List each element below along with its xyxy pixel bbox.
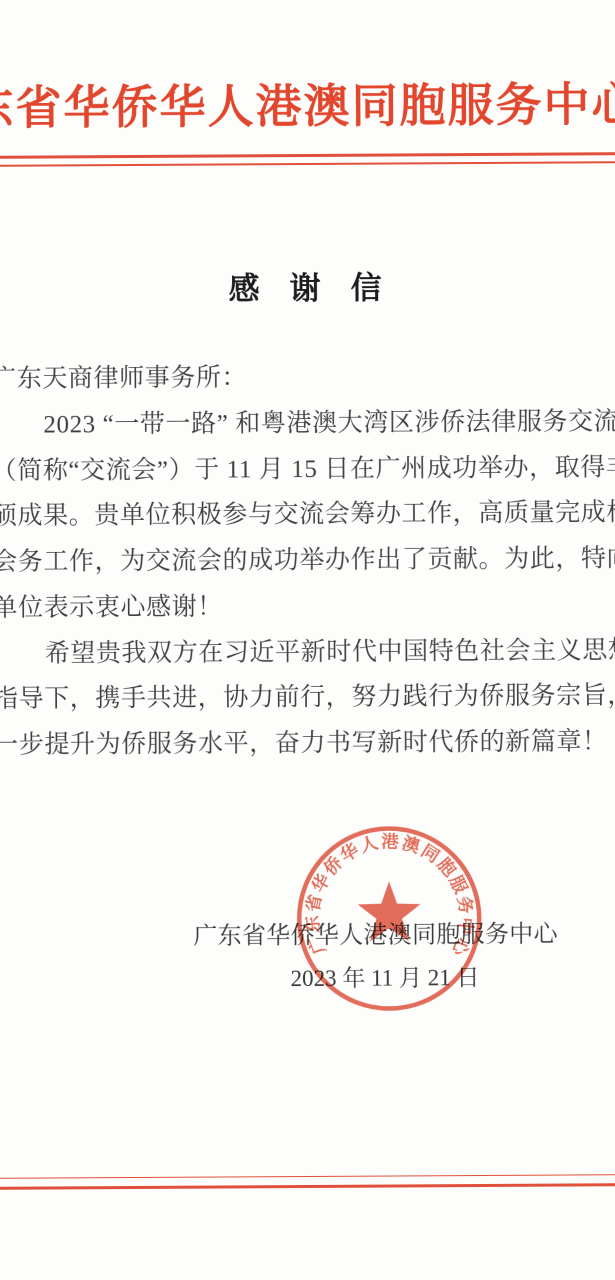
body-line: （简称“交流会”）于 11 月 15 日在广州成功举办，取得丰	[0, 444, 615, 494]
letter-body: 广东天商律师事务所： 2023 “一带一路” 和粤港澳大湾区涉侨法律服务交流会 …	[0, 353, 615, 769]
header-rule-thick	[0, 152, 615, 159]
official-seal: 广东省华侨华人港澳同胞服务中心	[294, 823, 485, 1014]
header-rule-thin	[0, 161, 615, 167]
body-line: 指导下，携手共进，协力前行，努力践行为侨服务宗旨，进	[0, 673, 615, 723]
footer-rule-thin	[0, 1174, 615, 1179]
body-line: 硕成果。贵单位积极参与交流会筹办工作，高质量完成相关	[0, 490, 615, 540]
letter-title-text: 感谢信	[229, 270, 412, 306]
footer-rule-thick	[0, 1183, 615, 1190]
body-line: 2023 “一带一路” 和粤港澳大湾区涉侨法律服务交流会	[0, 399, 615, 449]
body-line: 单位表示衷心感谢！	[0, 582, 615, 632]
salutation: 广东天商律师事务所：	[0, 353, 615, 403]
letter-title: 感谢信	[0, 261, 613, 310]
body-line: 会务工作，为交流会的成功举办作出了贡献。为此，特向贵	[0, 536, 615, 586]
seal-star-icon	[358, 881, 421, 941]
body-line: 一步提升为侨服务水平，奋力书写新时代侨的新篇章！	[0, 719, 615, 769]
body-line: 希望贵我双方在习近平新时代中国特色社会主义思想	[0, 627, 615, 677]
scanned-letter-page: 广东省华侨华人港澳同胞服务中心 感谢信 广东天商律师事务所： 2023 “一带一…	[0, 0, 615, 1280]
letterhead-org-name: 广东省华侨华人港澳同胞服务中心	[0, 82, 615, 132]
